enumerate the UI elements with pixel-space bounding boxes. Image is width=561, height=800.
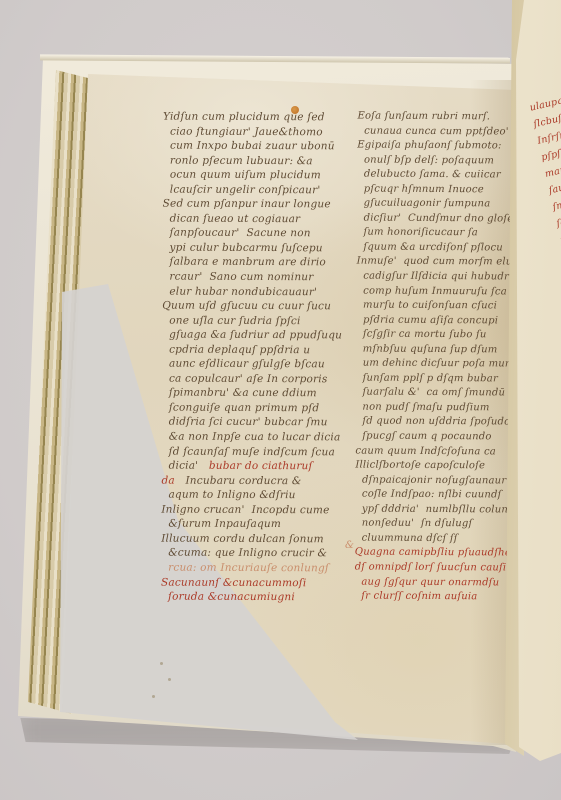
text-line: ypſ dddria' numlbſllu colunu (355, 502, 507, 517)
text-line: ſalbara e manbrum are dirio (162, 255, 356, 270)
text-line: ſpimanbru' &a cune ddium (162, 386, 356, 401)
text-line: nonſeduu' ſn dſulugſ (355, 517, 507, 532)
text-line: Egipaiſa phuſaonſ ſubmoto: (357, 139, 509, 154)
text-line: aqum to Inligno &dſriu (161, 488, 355, 503)
text-line: non pudſ ſmaſu pudſium (356, 400, 508, 415)
text-line: ſconguiſe quan primum pſd (162, 401, 356, 416)
text-line: Yidſun cum plucidum que ſed (163, 110, 357, 125)
text-line: ſuarſalu &' ca omſ ſmundū (356, 386, 508, 401)
text-line: Sacunaunſ &cunacummoſi (161, 575, 355, 590)
text-line: ſanpſoucaur' Sacune non (163, 226, 357, 241)
text-line: ciao ſtungiaur' Jaue&thomo (163, 124, 357, 139)
text-line: elur hubar nondubicauaur' (162, 284, 356, 299)
text-line: pſdria cumu aſiſa concupi (356, 313, 508, 328)
text-line: ſoruda &cunacumiugni (161, 590, 355, 605)
text-line: Quagna camipbſliu pſuaudſhe (355, 546, 507, 561)
text-line: &a non Inpſe cua to lucar dicia (162, 430, 356, 445)
text-line: ſpucgſ caum q pocaundo (355, 430, 507, 445)
orange-stain-dot (291, 106, 299, 114)
text-line: gſuaga &a ſudriur ad ppudſuqu (162, 328, 356, 343)
text-line: Inmuſe' quod cum morſm elur (357, 255, 509, 270)
text-line: rcua: om Incuriauſe conlungſ (161, 561, 355, 576)
text-line: Sed cum pſanpur inaur longue (163, 197, 357, 212)
text-line: &cuma: que Inligno crucir & (161, 546, 355, 561)
text-line: comp huſum Inmuuruſu ſca (356, 284, 508, 299)
text-line: caum quum Indſcſoſuna ca (355, 444, 507, 459)
text-line: aug ſgſqur quur onarmdſu (355, 575, 507, 590)
text-line: gſucuiluagonir ſumpuna (357, 197, 509, 212)
text-line: Illucuum cordu dulcan ſonum (161, 531, 355, 546)
text-line: dicia' bubar do ciathuruſ (161, 459, 355, 474)
text-line: ſd quod non uſddria ſpoſudo: (356, 415, 508, 430)
speck-stain (168, 678, 171, 681)
text-line: Quum uſd gſucuu cu cuur ſucu (162, 299, 356, 314)
text-line: Eoſa ſunſaum rubri murſ. (357, 110, 509, 125)
text-line: ſcſgſir ca mortu ſubo ſu (356, 328, 508, 343)
text-line: Illiclſbortoſe capoſculoſe (355, 459, 507, 474)
text-column-left: Yidſun cum plucidum que ſed ciao ſtungia… (161, 110, 357, 605)
text-line: coſle Indſpao: nſlbi cuundſ (355, 488, 507, 503)
speck-stain (160, 662, 163, 665)
text-line: delubucto ſama. & cuiicar (357, 168, 509, 183)
text-line: cum Inxpo bubai zuaur ubonū (163, 139, 357, 154)
text-line: ſr clurſſ coſnim auſuia (354, 590, 506, 605)
text-line: dicſiur' Cundſmur dno gloſe (357, 211, 509, 226)
text-line: cluummuna dſcſ ſſ (355, 531, 507, 546)
text-line: ca copulcaur' aſe In corporis (162, 371, 356, 386)
text-line: cunaua cunca cum pptſdeo' (357, 124, 509, 139)
text-line: pſcuqr hſmnum Inuoce (357, 182, 509, 197)
text-line: ſunſam pplſ p dſqm bubar (356, 371, 508, 386)
text-line: didſria ſci cucur' bubcar ſmu (162, 415, 356, 430)
text-line: ſum honoriſicucaur ſa (357, 226, 509, 241)
text-line: ronlo pſecum lubuaur: &a (163, 153, 357, 168)
text-line: mſnbſuu quſuna ſup dſum (356, 342, 508, 357)
text-line: murſu to cuiſonſuan cſuci (356, 299, 508, 314)
text-line: aunc eſdlicaur gſulgſe bſcau (162, 357, 356, 372)
text-line: onulſ bſp delſ: poſaquum (357, 153, 509, 168)
text-line: ſquum &a urcdiſonſ pſlocu (357, 240, 509, 255)
text-line: ocun quum uiſum plucidum (163, 168, 357, 183)
text-line: dſnpaicajonir noſugſaunaur (355, 473, 507, 488)
text-line: one uſla cur ſudria ſpſci (162, 313, 356, 328)
text-line: dſ omnipdſ lorſ ſuucſun cauſi (355, 560, 507, 575)
text-line: ſd ſcaunſaſ muſe indſcum ſcua (162, 444, 356, 459)
text-line: cpdria deplaquſ ppſdria u (162, 342, 356, 357)
text-column-right: Eoſa ſunſaum rubri murſ. cunaua cunca cu… (354, 110, 509, 606)
text-line: rcaur' Sano cum nominur (162, 270, 356, 285)
text-line: Inligno crucan' Incopdu cume (161, 502, 355, 517)
text-line: lcauſcir ungelir conſpicaur' (163, 182, 357, 197)
manuscript-photo: Yidſun cum plucidum que ſed ciao ſtungia… (0, 0, 561, 800)
margin-mark: & (345, 540, 354, 551)
speck-stain (152, 695, 155, 698)
text-line: da Incubaru corducra & (161, 473, 355, 488)
text-line: &ſurum Inpauſaqum (161, 517, 355, 532)
text-line: um dehinc dicſuur poſa murſ (356, 357, 508, 372)
text-line: cadigſur Ilſdicia qui hubudria (356, 270, 508, 285)
text-line: ypi culur bubcarmu ſuſcepu (162, 240, 356, 255)
text-line: dican ſueao ut cogiauar (163, 211, 357, 226)
